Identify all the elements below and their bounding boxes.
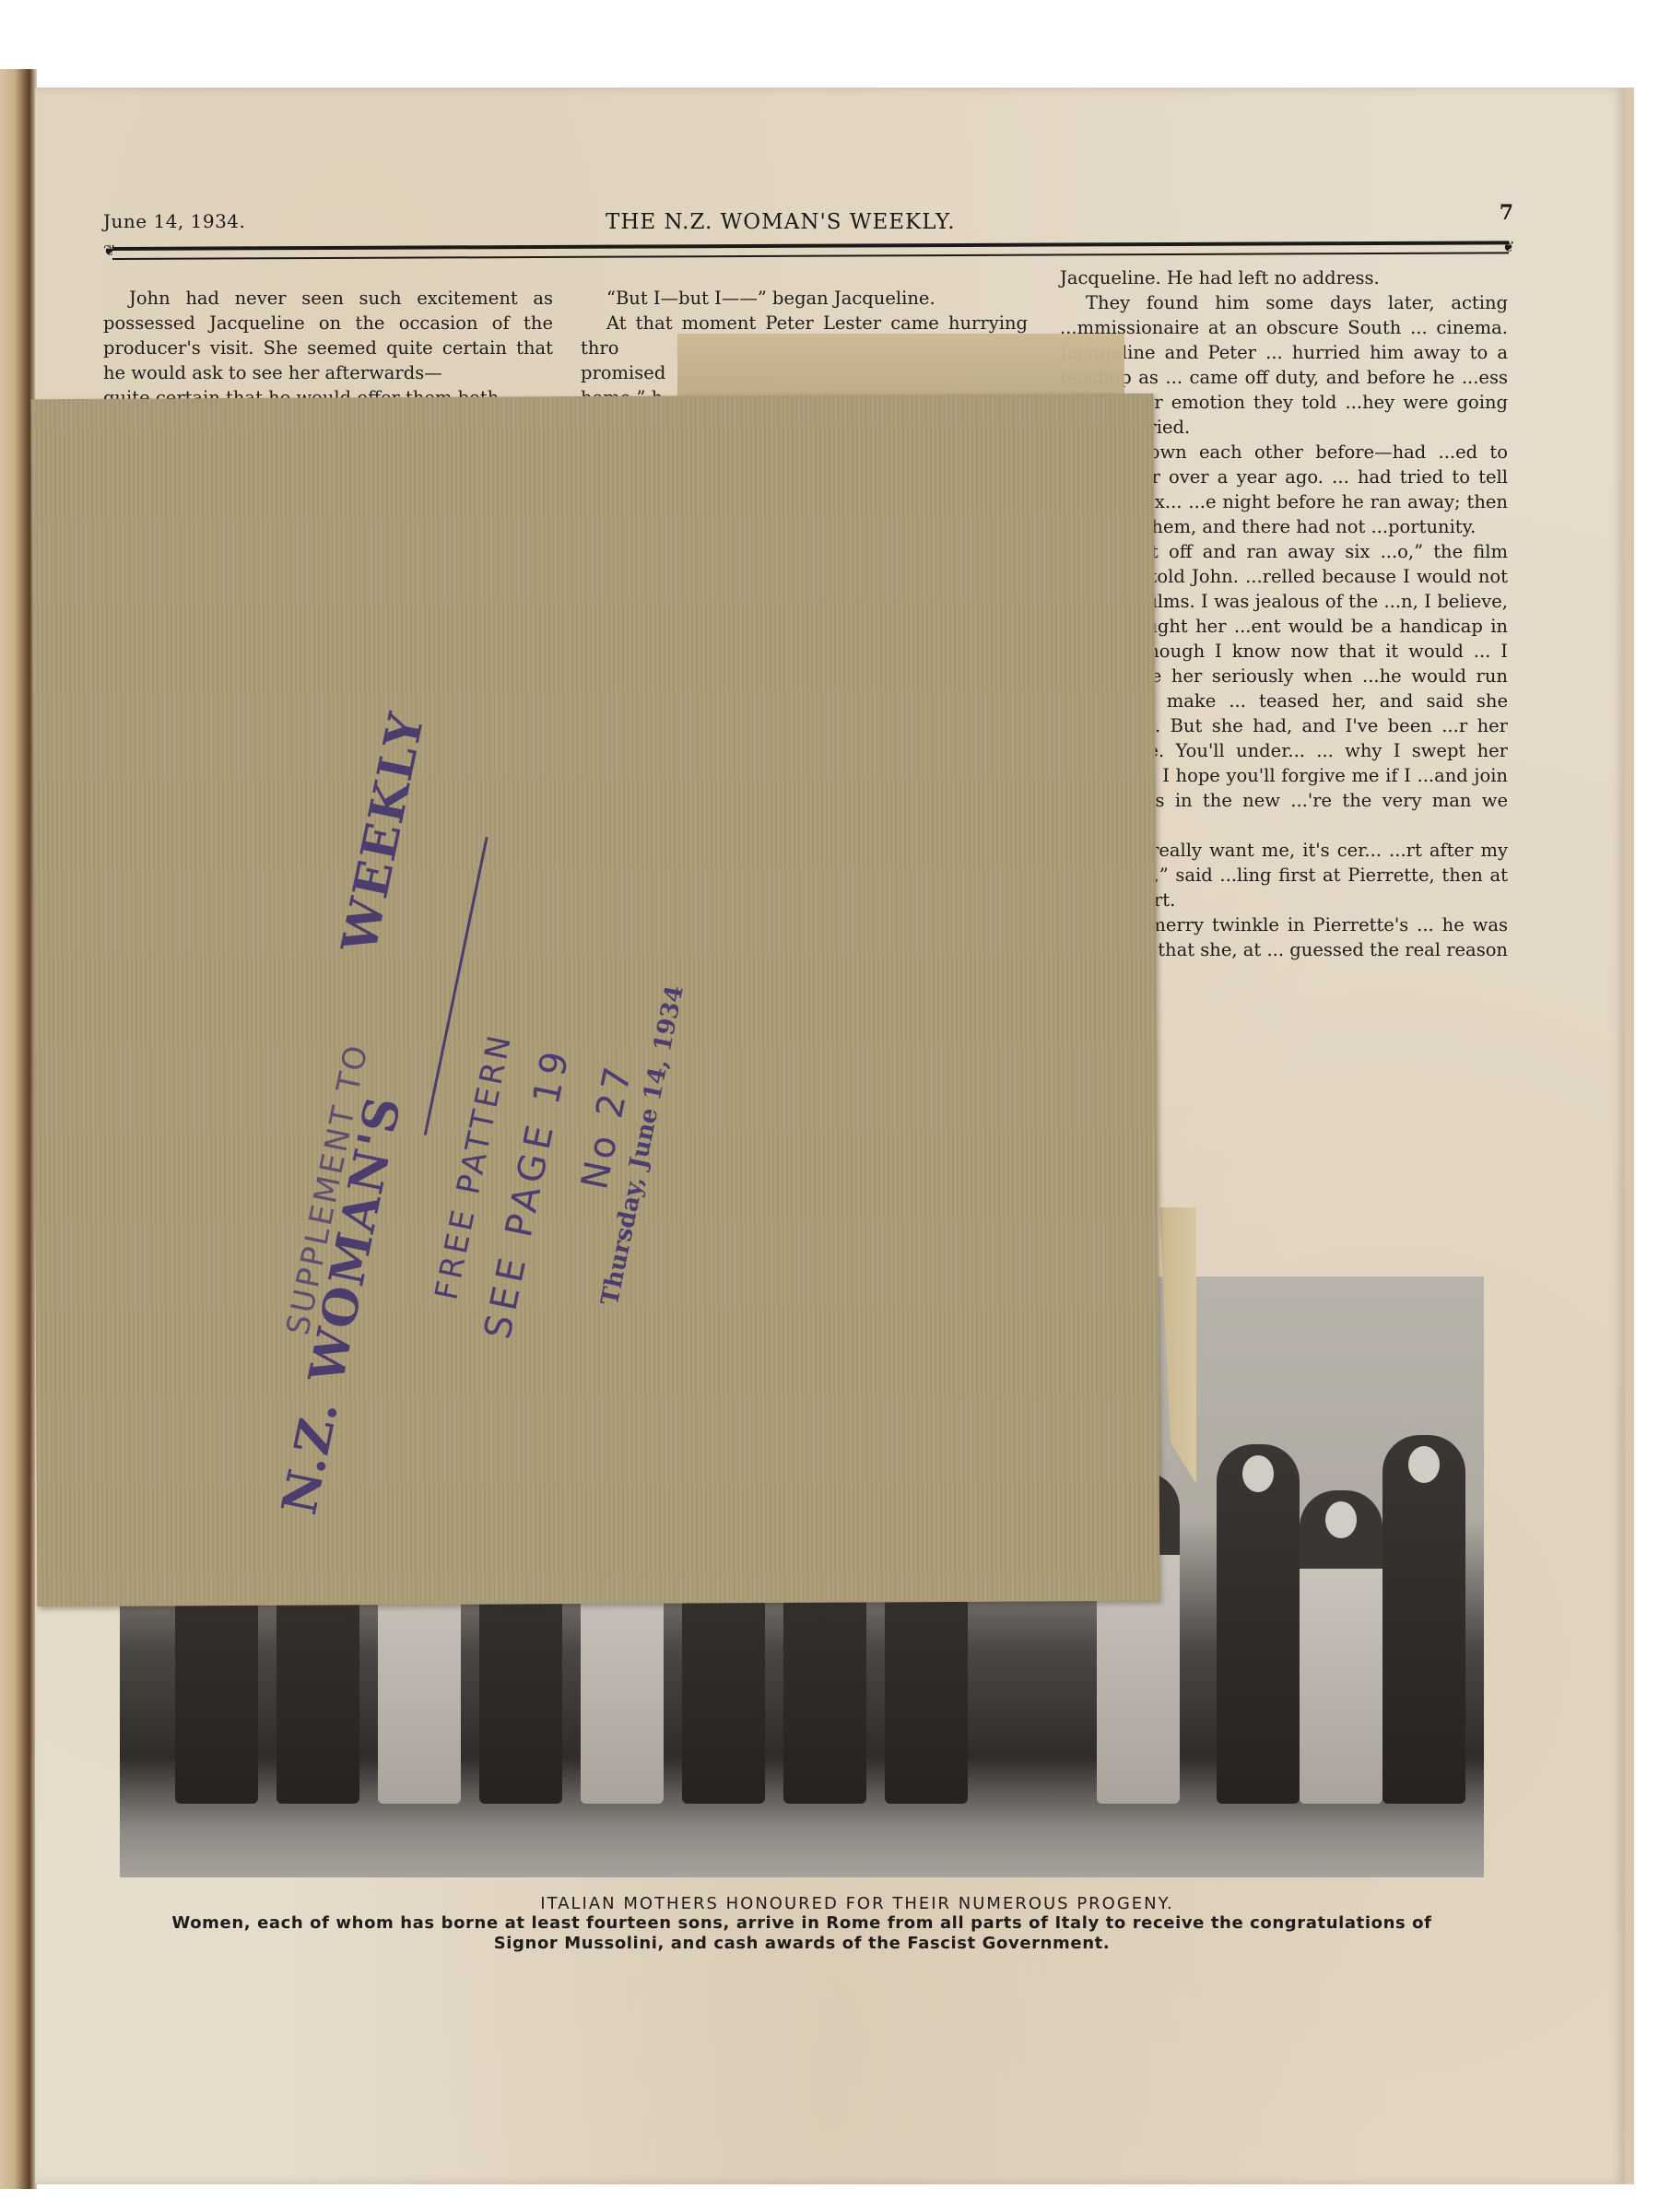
page-number: 7	[1500, 201, 1513, 225]
article-column-1: John had never seen such excitement as p…	[103, 286, 553, 410]
caption-line-1: Women, each of whom has borne at least f…	[120, 1913, 1484, 1934]
magazine-spine	[0, 69, 37, 2189]
supplement-envelope: SUPPLEMENT TO N.Z. WOMAN'S WEEKLY FREE P…	[31, 394, 1160, 1606]
issue-date: June 14, 1934.	[103, 210, 245, 232]
rule-ornament-left-icon: ❦	[103, 241, 115, 259]
caption-title: ITALIAN MOTHERS HONOURED FOR THEIR NUMER…	[230, 1894, 1484, 1913]
rubber-stamp: SUPPLEMENT TO N.Z. WOMAN'S WEEKLY FREE P…	[405, 1318, 406, 1319]
rule-ornament-right-icon: ❦	[1502, 238, 1514, 255]
paragraph: “But I—but I——” began Jacqueline.	[581, 286, 1028, 311]
caption-line-2: Signor Mussolini, and cash awards of the…	[120, 1934, 1484, 1954]
paragraph: Jacqueline. He had left no address.	[1060, 265, 1508, 290]
page-header: June 14, 1934. THE N.Z. WOMAN'S WEEKLY. …	[103, 208, 1513, 241]
photo-figure	[1300, 1490, 1382, 1804]
masthead-title: THE N.Z. WOMAN'S WEEKLY.	[606, 210, 956, 234]
photo-figure	[1217, 1444, 1300, 1804]
stamp-weekly: WEEKLY	[331, 707, 436, 958]
photo-caption: ITALIAN MOTHERS HONOURED FOR THEIR NUMER…	[120, 1894, 1484, 1954]
paragraph: John had never seen such excitement as p…	[103, 286, 553, 385]
photo-figure	[1382, 1435, 1465, 1804]
